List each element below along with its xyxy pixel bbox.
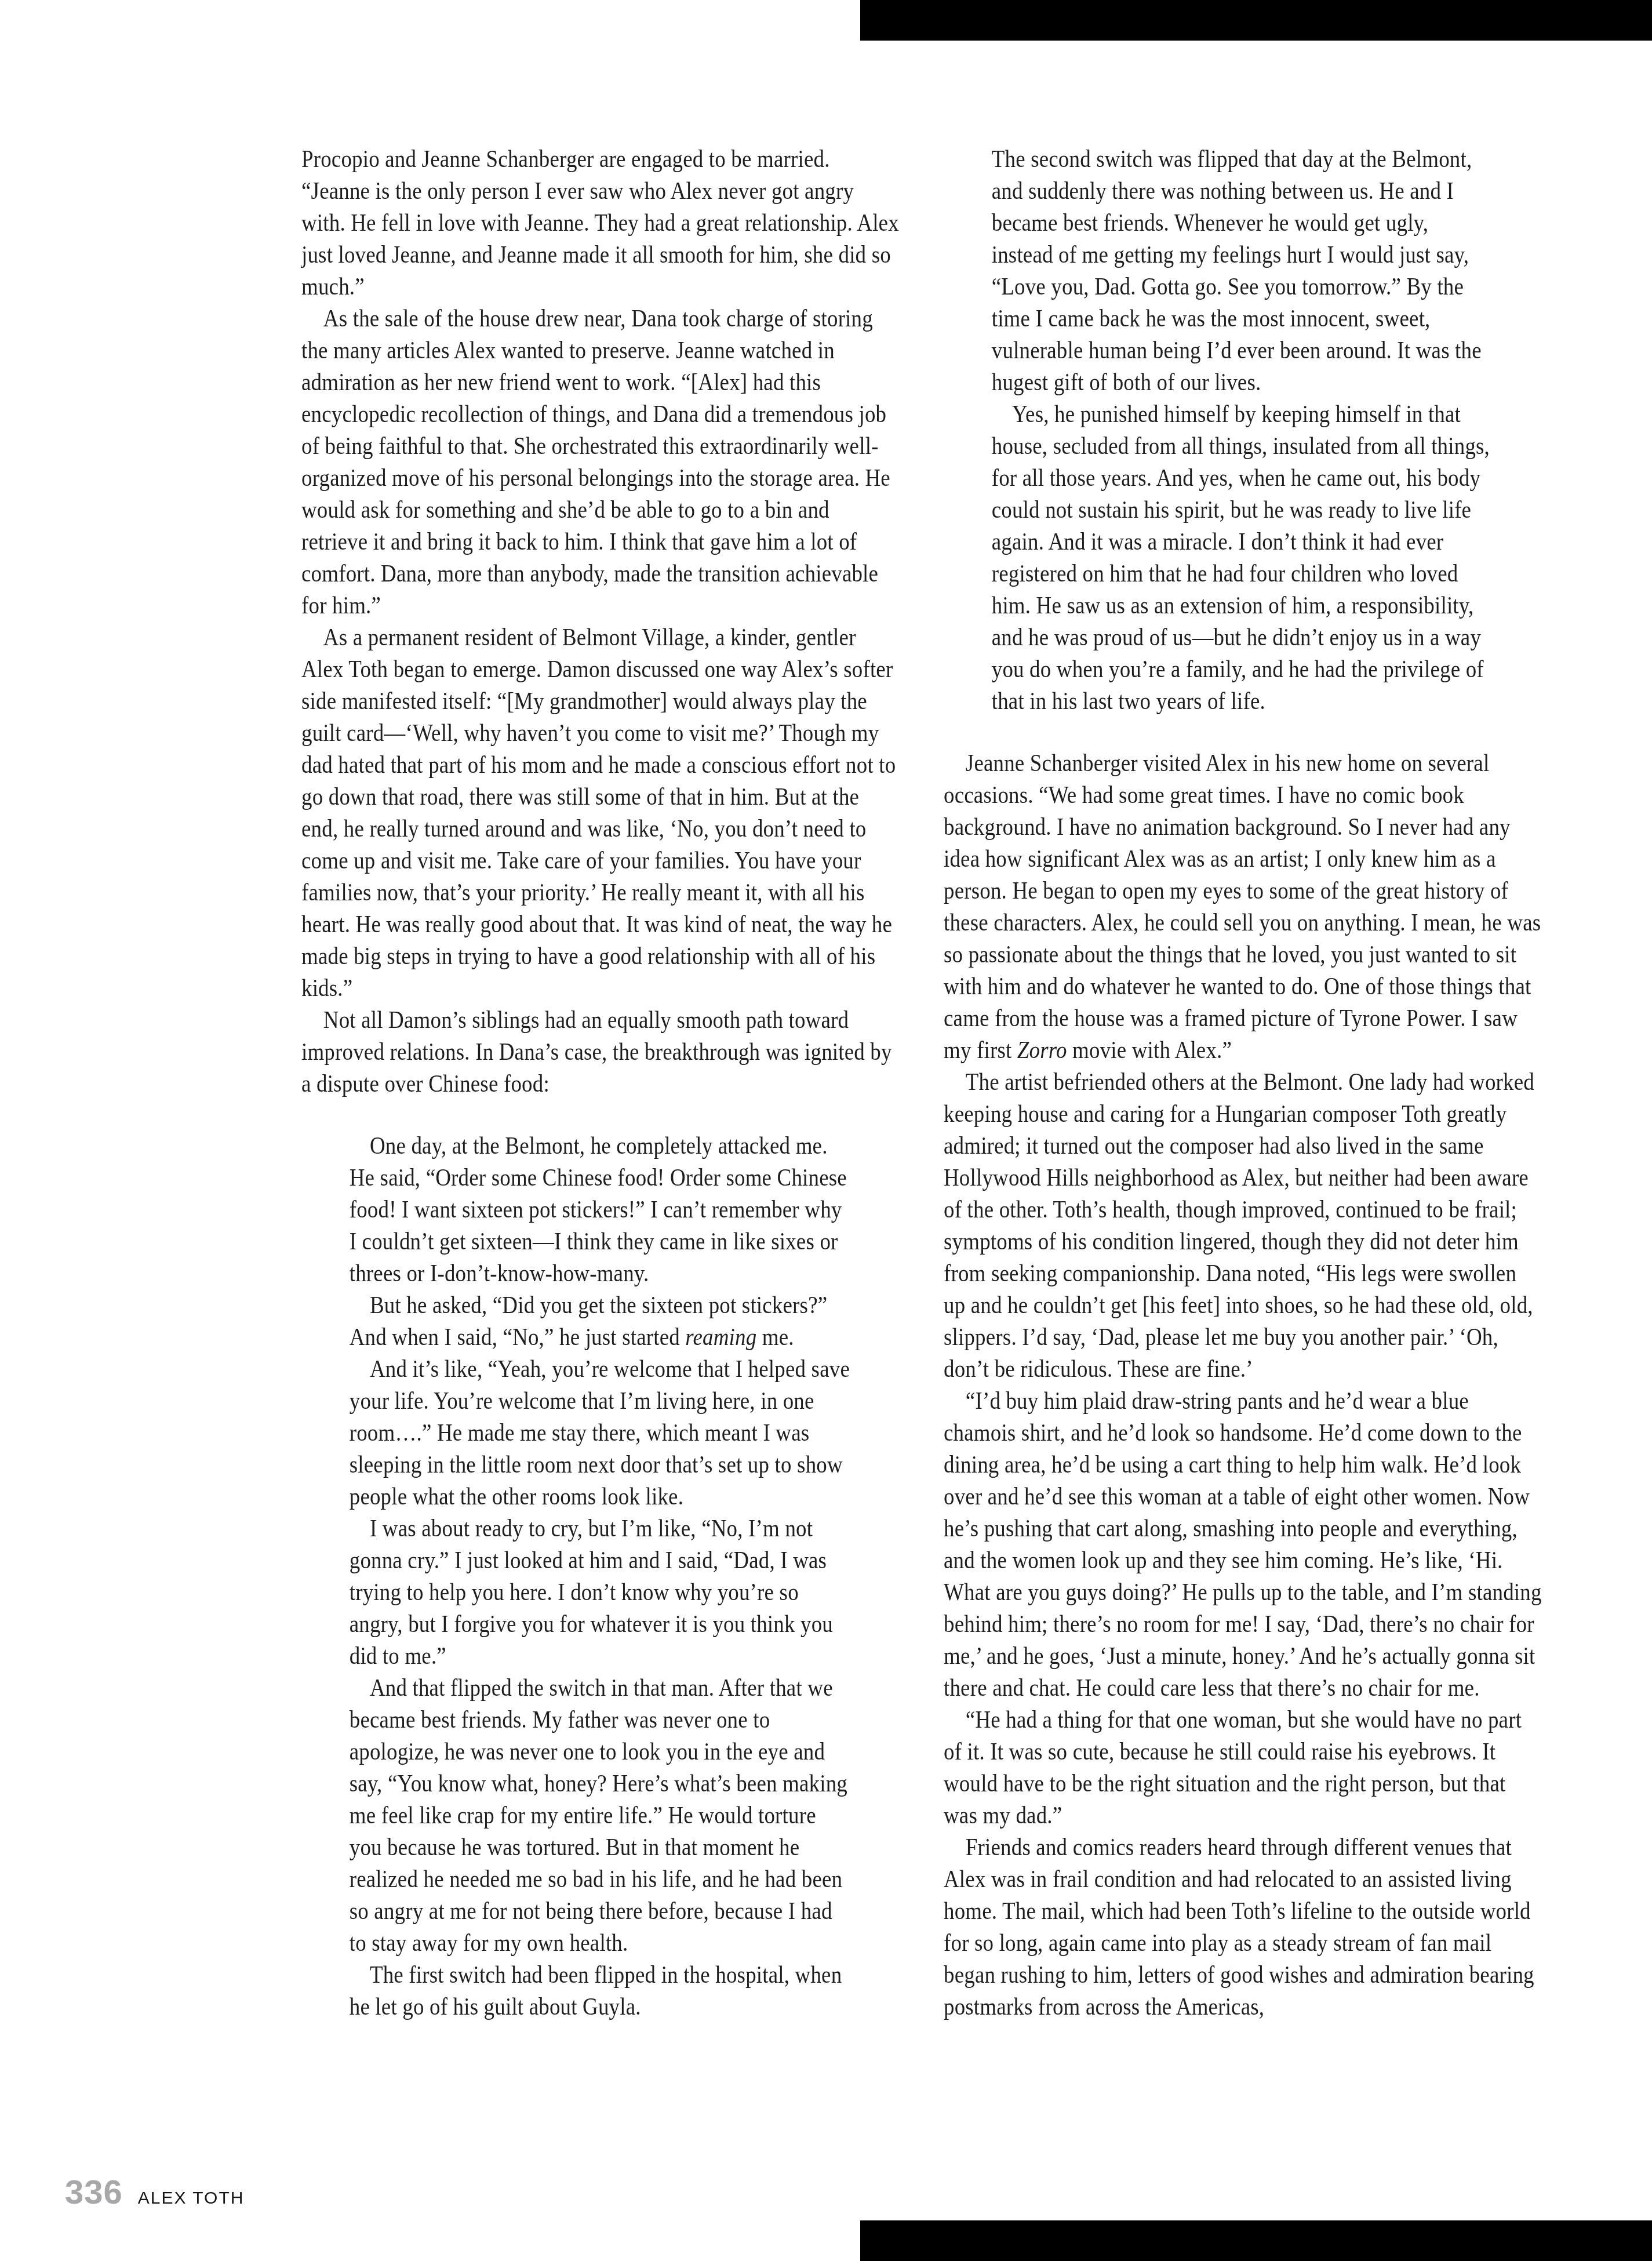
bottom-edge-band <box>860 2220 1652 2261</box>
block-quote-paragraph: One day, at the Belmont, he completely a… <box>350 1130 852 1290</box>
body-paragraph: As the sale of the house drew near, Dana… <box>301 303 901 622</box>
block-quote-paragraph: I was about ready to cry, but I’m like, … <box>350 1513 852 1673</box>
body-paragraph: “I’d buy him plaid draw-string pants and… <box>944 1386 1543 1704</box>
book-page: { "page": { "background_color": "#ffffff… <box>0 0 1652 2261</box>
body-paragraph: Jeanne Schanberger visited Alex in his n… <box>944 748 1543 1067</box>
block-quote-paragraph: The second switch was flipped that day a… <box>992 144 1494 399</box>
page-number: 336 <box>65 2173 123 2212</box>
body-paragraph: As a permanent resident of Belmont Villa… <box>301 622 901 1005</box>
body-paragraph: Friends and comics readers heard through… <box>944 1832 1543 2023</box>
block-quote-paragraph: But he asked, “Did you get the sixteen p… <box>350 1290 852 1354</box>
block-quote-paragraph: And it’s like, “Yeah, you’re welcome tha… <box>350 1354 852 1513</box>
top-edge-band <box>860 0 1652 41</box>
body-paragraph: Procopio and Jeanne Schanberger are enga… <box>301 144 901 303</box>
block-quote-paragraph: And that flipped the switch in that man.… <box>350 1673 852 1960</box>
book-title: ALEX TOTH <box>138 2189 245 2208</box>
text-column-right: The second switch was flipped that day a… <box>944 144 1543 2023</box>
page-footer: 336 ALEX TOTH <box>65 2173 244 2212</box>
body-paragraph: Not all Damon’s siblings had an equally … <box>301 1005 901 1100</box>
body-paragraph: “He had a thing for that one woman, but … <box>944 1704 1543 1832</box>
block-quote-paragraph: Yes, he punished himself by keeping hims… <box>992 399 1494 718</box>
body-paragraph: The artist befriended others at the Belm… <box>944 1067 1543 1386</box>
block-quote-paragraph: The first switch had been flipped in the… <box>350 1960 852 2023</box>
text-column-left: Procopio and Jeanne Schanberger are enga… <box>301 144 901 2023</box>
